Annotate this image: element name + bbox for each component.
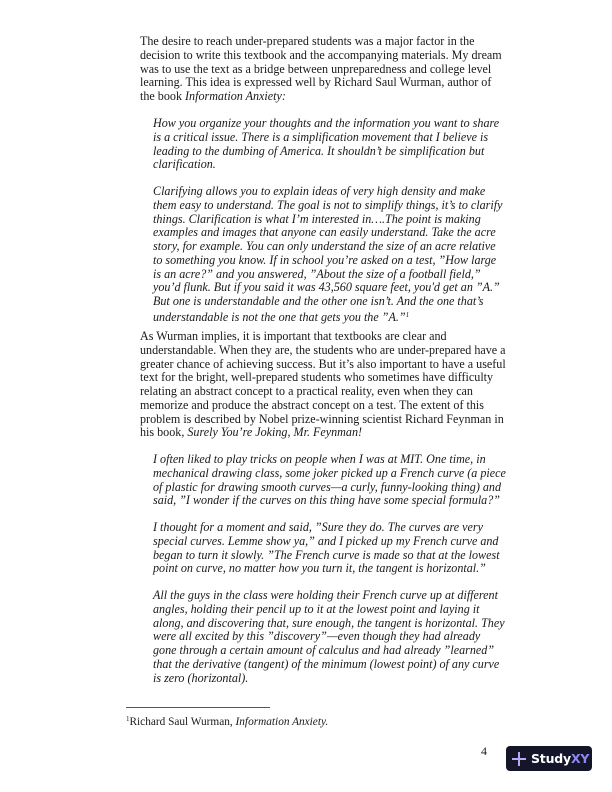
quote-line: them easy to understand. The goal is not…: [153, 199, 533, 213]
quote-line: story, for example. You can only underst…: [153, 240, 533, 254]
footnote-divider: [126, 707, 270, 708]
text-line: the book Information Anxiety:: [140, 90, 520, 104]
quote-line: point on curve, no matter how you turn i…: [153, 562, 533, 576]
quote-line: Clarifying allows you to explain ideas o…: [153, 185, 533, 199]
book-title: Information Anxiety:: [185, 89, 286, 103]
brand-primary: Study: [531, 751, 571, 766]
quote-line: were all excited by this ”discovery”—eve…: [153, 630, 533, 644]
text-line: text for the bright, well-prepared stude…: [140, 371, 520, 385]
quote-line: is an acre?” and you answered, ”About th…: [153, 268, 533, 282]
brand-name: StudyXY: [531, 751, 589, 766]
quote-line: you’d flunk. But if you said it was 43,5…: [153, 281, 533, 295]
quote-line: began to turn it slowly. ”The French cur…: [153, 549, 533, 563]
quote-line: is zero (horizontal).: [153, 672, 533, 686]
quote-line: is a critical issue. There is a simplifi…: [153, 131, 533, 145]
quote-line: How you organize your thoughts and the i…: [153, 117, 533, 131]
blockquote-feynman-2: I thought for a moment and said, ”Sure t…: [153, 521, 533, 576]
quote-line: of plastic for drawing smooth curves—a c…: [153, 481, 533, 495]
quote-line: All the guys in the class were holding t…: [153, 589, 533, 603]
quote-line: angles, holding their pencil up to it at…: [153, 603, 533, 617]
footnote-text: Richard Saul Wurman,: [130, 716, 236, 728]
quote-line: mechanical drawing class, some joker pic…: [153, 467, 533, 481]
text-line: his book, Surely You’re Joking, Mr. Feyn…: [140, 426, 520, 440]
page-number: 4: [481, 744, 487, 759]
plus-icon: [512, 752, 526, 766]
text-line: understandable. When they are, the stude…: [140, 344, 520, 358]
footnote-reference[interactable]: 1: [406, 311, 410, 319]
paragraph-intro: The desire to reach under-prepared stude…: [140, 35, 520, 104]
quote-line: that the derivative (tangent) of the min…: [153, 658, 533, 672]
blockquote-feynman-1: I often liked to play tricks on people w…: [153, 453, 533, 508]
footnote-book-title: Information Anxiety.: [236, 716, 329, 728]
text-line: As Wurman implies, it is important that …: [140, 330, 520, 344]
studyxy-watermark-badge[interactable]: StudyXY: [506, 746, 592, 771]
quote-line: to something you know. If in school you’…: [153, 254, 533, 268]
quote-line: special curves. Lemme show ya,” and I pi…: [153, 535, 533, 549]
text-fragment: his book,: [140, 425, 187, 439]
text-line: decision to write this textbook and the …: [140, 49, 520, 63]
quote-line: clarification.: [153, 158, 533, 172]
quote-line: along, and discovering that, sure enough…: [153, 617, 533, 631]
text-line: relating an abstract concept to a practi…: [140, 385, 520, 399]
brand-accent: XY: [571, 751, 589, 766]
blockquote-feynman-3: All the guys in the class were holding t…: [153, 589, 533, 685]
quote-line: I often liked to play tricks on people w…: [153, 453, 533, 467]
quote-line: gone through a certain amount of calculu…: [153, 644, 533, 658]
text-line: The desire to reach under-prepared stude…: [140, 35, 520, 49]
quote-line: examples and images that anyone can easi…: [153, 226, 533, 240]
book-title: Surely You’re Joking, Mr. Feynman!: [187, 425, 362, 439]
quote-line: understandable is not the one that gets …: [153, 309, 533, 325]
text-line: problem is described by Nobel prize-winn…: [140, 413, 520, 427]
text-line: memorize and produce the abstract concep…: [140, 399, 520, 413]
text-line: was to use the text as a bridge between …: [140, 63, 520, 77]
text-line: greater chance of achieving success. But…: [140, 358, 520, 372]
blockquote-wurman-1: How you organize your thoughts and the i…: [153, 117, 533, 172]
quote-line: said, ”I wonder if the curves on this th…: [153, 494, 533, 508]
quote-line: But one is understandable and the other …: [153, 295, 533, 309]
text-fragment: the book: [140, 89, 185, 103]
document-page: The desire to reach under-prepared stude…: [0, 0, 612, 792]
paragraph-feynman-intro: As Wurman implies, it is important that …: [140, 330, 520, 440]
text-line: learning. This idea is expressed well by…: [140, 76, 520, 90]
blockquote-wurman-2: Clarifying allows you to explain ideas o…: [153, 185, 533, 325]
quote-line: things. Clarification is what I’m intere…: [153, 213, 533, 227]
quote-line: I thought for a moment and said, ”Sure t…: [153, 521, 533, 535]
text-fragment: understandable is not the one that gets …: [153, 310, 406, 324]
footnote: 1Richard Saul Wurman, Information Anxiet…: [126, 713, 328, 729]
quote-line: leading to the dumbing of America. It sh…: [153, 145, 533, 159]
